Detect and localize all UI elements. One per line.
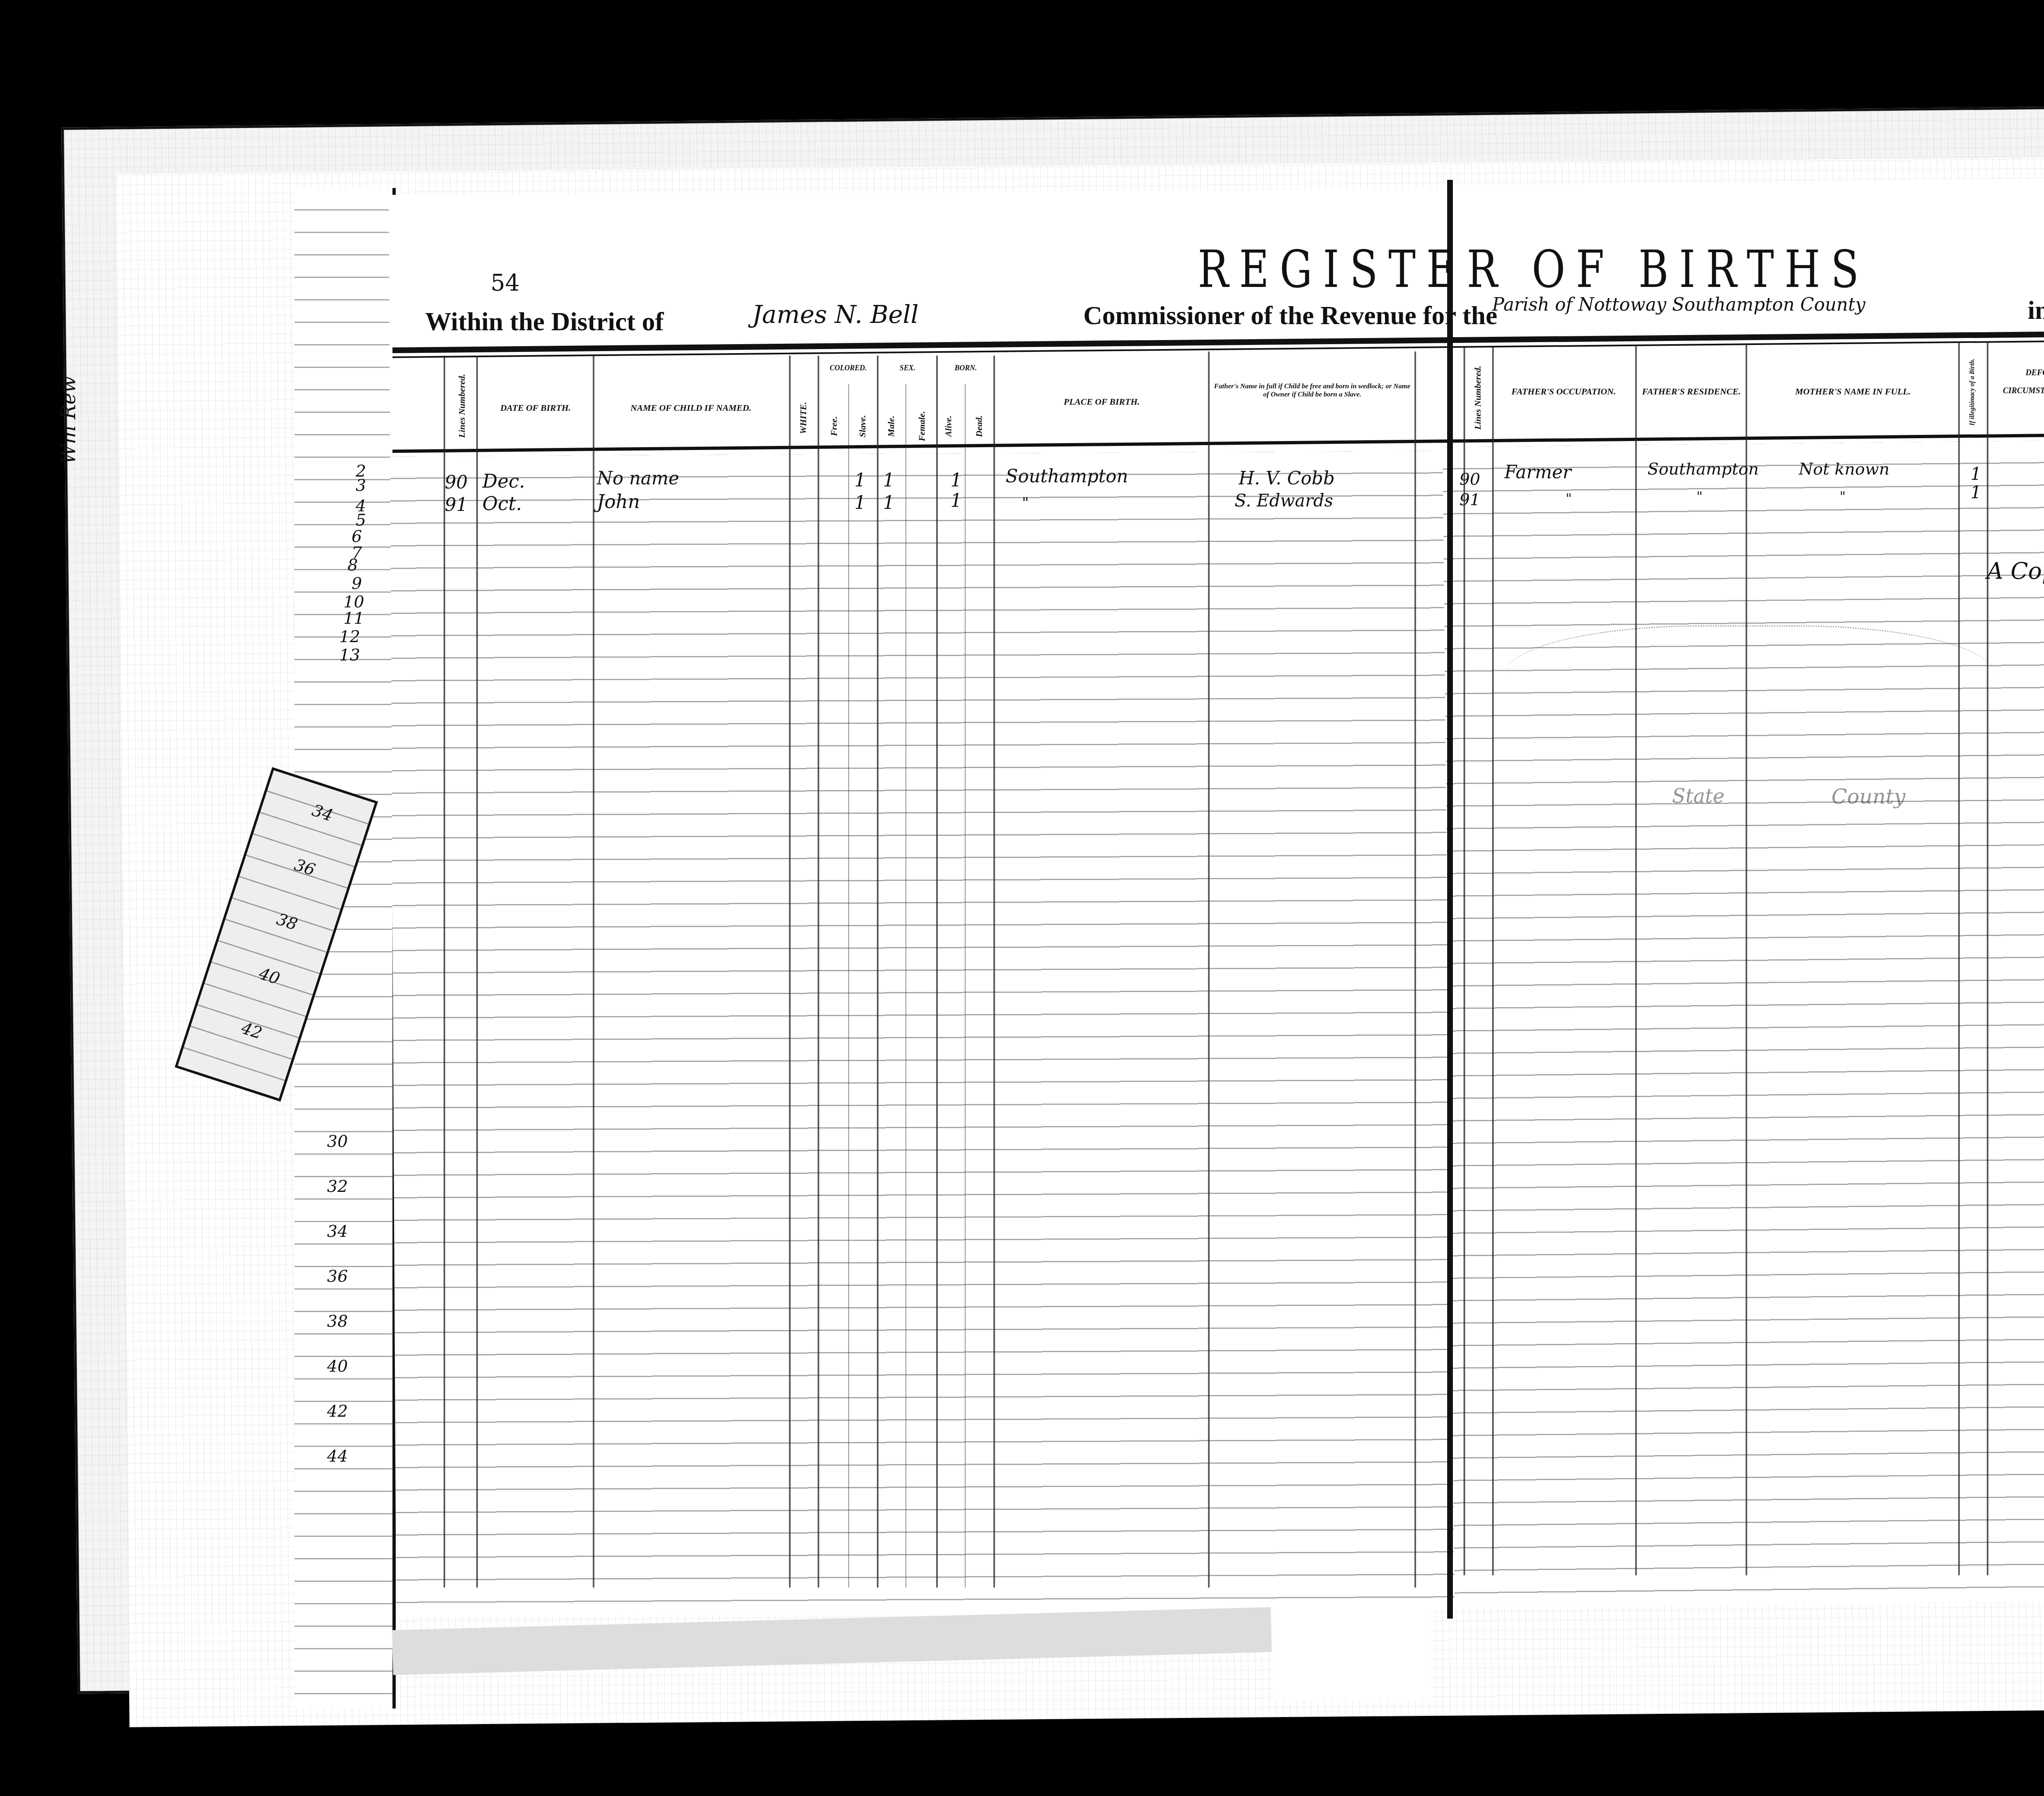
folded-number: 34: [309, 801, 335, 825]
district-name: James N. Bell: [752, 300, 919, 329]
col-divider: [848, 384, 849, 1588]
entry-colored-slave: 1: [854, 493, 866, 513]
col-header-male: Male.: [886, 406, 896, 447]
margin-number: 42: [327, 1402, 348, 1421]
col-header-slave: Slave.: [857, 406, 867, 447]
col-header-white: WHITE.: [798, 398, 808, 439]
folded-number: 38: [274, 910, 300, 934]
entry-born-alive: 1: [950, 490, 962, 511]
folded-number: 36: [292, 855, 318, 880]
col-divider: [877, 356, 879, 1588]
entry-place: ": [1022, 495, 1029, 511]
col-divider: [789, 356, 791, 1588]
folded-number: 42: [239, 1019, 264, 1043]
margin-number: 12: [339, 627, 360, 646]
col-header-date-of-birth: DATE OF BIRTH.: [480, 403, 591, 413]
col-header-illegitimacy: If illegitimacy of a Birth.: [1969, 353, 1976, 431]
col-divider: [1635, 345, 1637, 1575]
entry-born-alive: 1: [950, 470, 962, 491]
entry-right-line: 91: [1459, 490, 1480, 509]
col-header-sex: SEX.: [879, 364, 936, 372]
side-note: Wm Rew: [57, 376, 80, 464]
page-title: REGISTER OF BIRTHS: [1198, 239, 1869, 299]
folded-number: 40: [257, 964, 282, 988]
margin-number: 34: [327, 1222, 348, 1241]
col-header-deformity: DEFORMITY OR ANY CIRCUMSTANCES OF INTERE…: [1991, 364, 2044, 400]
entry-owner: H. V. Cobb: [1239, 468, 1335, 489]
margin-number: 38: [327, 1312, 348, 1331]
col-header-fathers-residence: FATHER'S RESIDENCE.: [1639, 386, 1744, 396]
attestation-copy: A Copy.: [1987, 558, 2044, 584]
col-header-free: Free.: [829, 406, 839, 447]
col-divider: [1492, 347, 1494, 1575]
entry-line: 91: [445, 495, 468, 515]
margin-number: 3: [356, 476, 366, 495]
col-header-dead: Dead.: [974, 406, 984, 447]
col-header-lines-numbered: Lines Numbered.: [457, 365, 467, 447]
col-header-mothers-name: MOTHER'S NAME IN FULL.: [1750, 386, 1956, 396]
col-divider: [965, 384, 966, 1588]
entry-colored-slave: 1: [854, 470, 866, 491]
col-divider: [993, 356, 995, 1588]
ruled-body: [390, 451, 1459, 1617]
entry-date: Oct.: [482, 493, 522, 515]
margin-number: 13: [339, 646, 360, 665]
col-divider: [593, 356, 594, 1588]
margin-number: 30: [327, 1132, 348, 1151]
lower-margin-numbers: 30 32 34 36 38 40 42 44: [311, 1132, 368, 1704]
page-gutter: [1447, 180, 1453, 1619]
entry-residence: ": [1697, 488, 1703, 504]
entry-line: 90: [445, 472, 468, 493]
district-label: Within the District of: [425, 307, 664, 337]
col-divider: [1414, 352, 1416, 1588]
col-divider: [476, 356, 478, 1588]
year-label: in the year ending 31st December 1860: [2028, 286, 2044, 327]
col-divider: [1958, 341, 1960, 1575]
col-header-alive: Alive.: [943, 406, 953, 447]
entry-occupation: ": [1566, 490, 1572, 506]
col-divider: [444, 356, 445, 1588]
col-divider: [1208, 352, 1210, 1588]
bleed-through-scribble: [1504, 625, 1995, 749]
col-header-place-of-birth: PLACE OF BIRTH.: [997, 396, 1206, 407]
col-divider: [1987, 341, 1988, 1575]
entry-sex-male: 1: [883, 470, 894, 491]
col-header-female: Female.: [917, 406, 927, 447]
parish-name: Parish of Nottoway Southampton County: [1492, 294, 1865, 315]
entry-sex-male: 1: [883, 493, 894, 513]
col-divider: [1746, 343, 1747, 1575]
col-divider: [905, 384, 906, 1588]
entry-mother: ": [1840, 488, 1846, 504]
bleed-through-state: State: [1672, 785, 1724, 808]
commissioner-label: Commissioner of the Revenue for the: [1083, 300, 1497, 331]
col-header-lines-numbered-right: Lines Numbered.: [1472, 359, 1483, 437]
col-header-born: BORN.: [938, 364, 993, 372]
col-header-father-owner: Father's Name in full if Child be free a…: [1212, 382, 1412, 398]
entry-right-line: 90: [1459, 470, 1480, 489]
col-divider: [1464, 347, 1465, 1575]
entry-place: Southampton: [1006, 466, 1128, 487]
col-header-fathers-occupation: FATHER'S OCCUPATION.: [1496, 386, 1631, 396]
margin-number: 36: [327, 1267, 348, 1286]
entry-occupation: Farmer: [1504, 462, 1571, 483]
col-header-name-of-child: NAME OF CHILD IF NAMED.: [597, 403, 785, 413]
ruled-body: [1443, 436, 2044, 1608]
entry-illegitimate: 1: [1970, 464, 1981, 484]
lower-page-strip: [1275, 1602, 1431, 1700]
margin-number: 9: [352, 574, 362, 593]
col-divider: [818, 356, 819, 1588]
entry-name: John: [597, 490, 640, 513]
entry-residence: Southampton: [1647, 460, 1759, 479]
entry-name: No name: [597, 468, 679, 489]
bleed-through-county: County: [1831, 785, 1905, 808]
margin-number: 8: [347, 556, 358, 575]
year-prefix: in the year ending: [2028, 296, 2044, 325]
col-header-colored: COLORED.: [820, 364, 877, 372]
entry-illegitimate: 1: [1970, 482, 1981, 502]
margin-number: 40: [327, 1357, 348, 1376]
margin-number: 32: [327, 1177, 348, 1196]
entry-mother: Not known: [1799, 460, 1889, 479]
margin-number: 11: [343, 609, 364, 628]
entry-owner: S. Edwards: [1235, 490, 1333, 511]
entry-date: Dec.: [482, 470, 525, 492]
col-divider: [936, 356, 938, 1588]
page-number: 54: [491, 270, 520, 296]
margin-number: 44: [327, 1447, 348, 1466]
